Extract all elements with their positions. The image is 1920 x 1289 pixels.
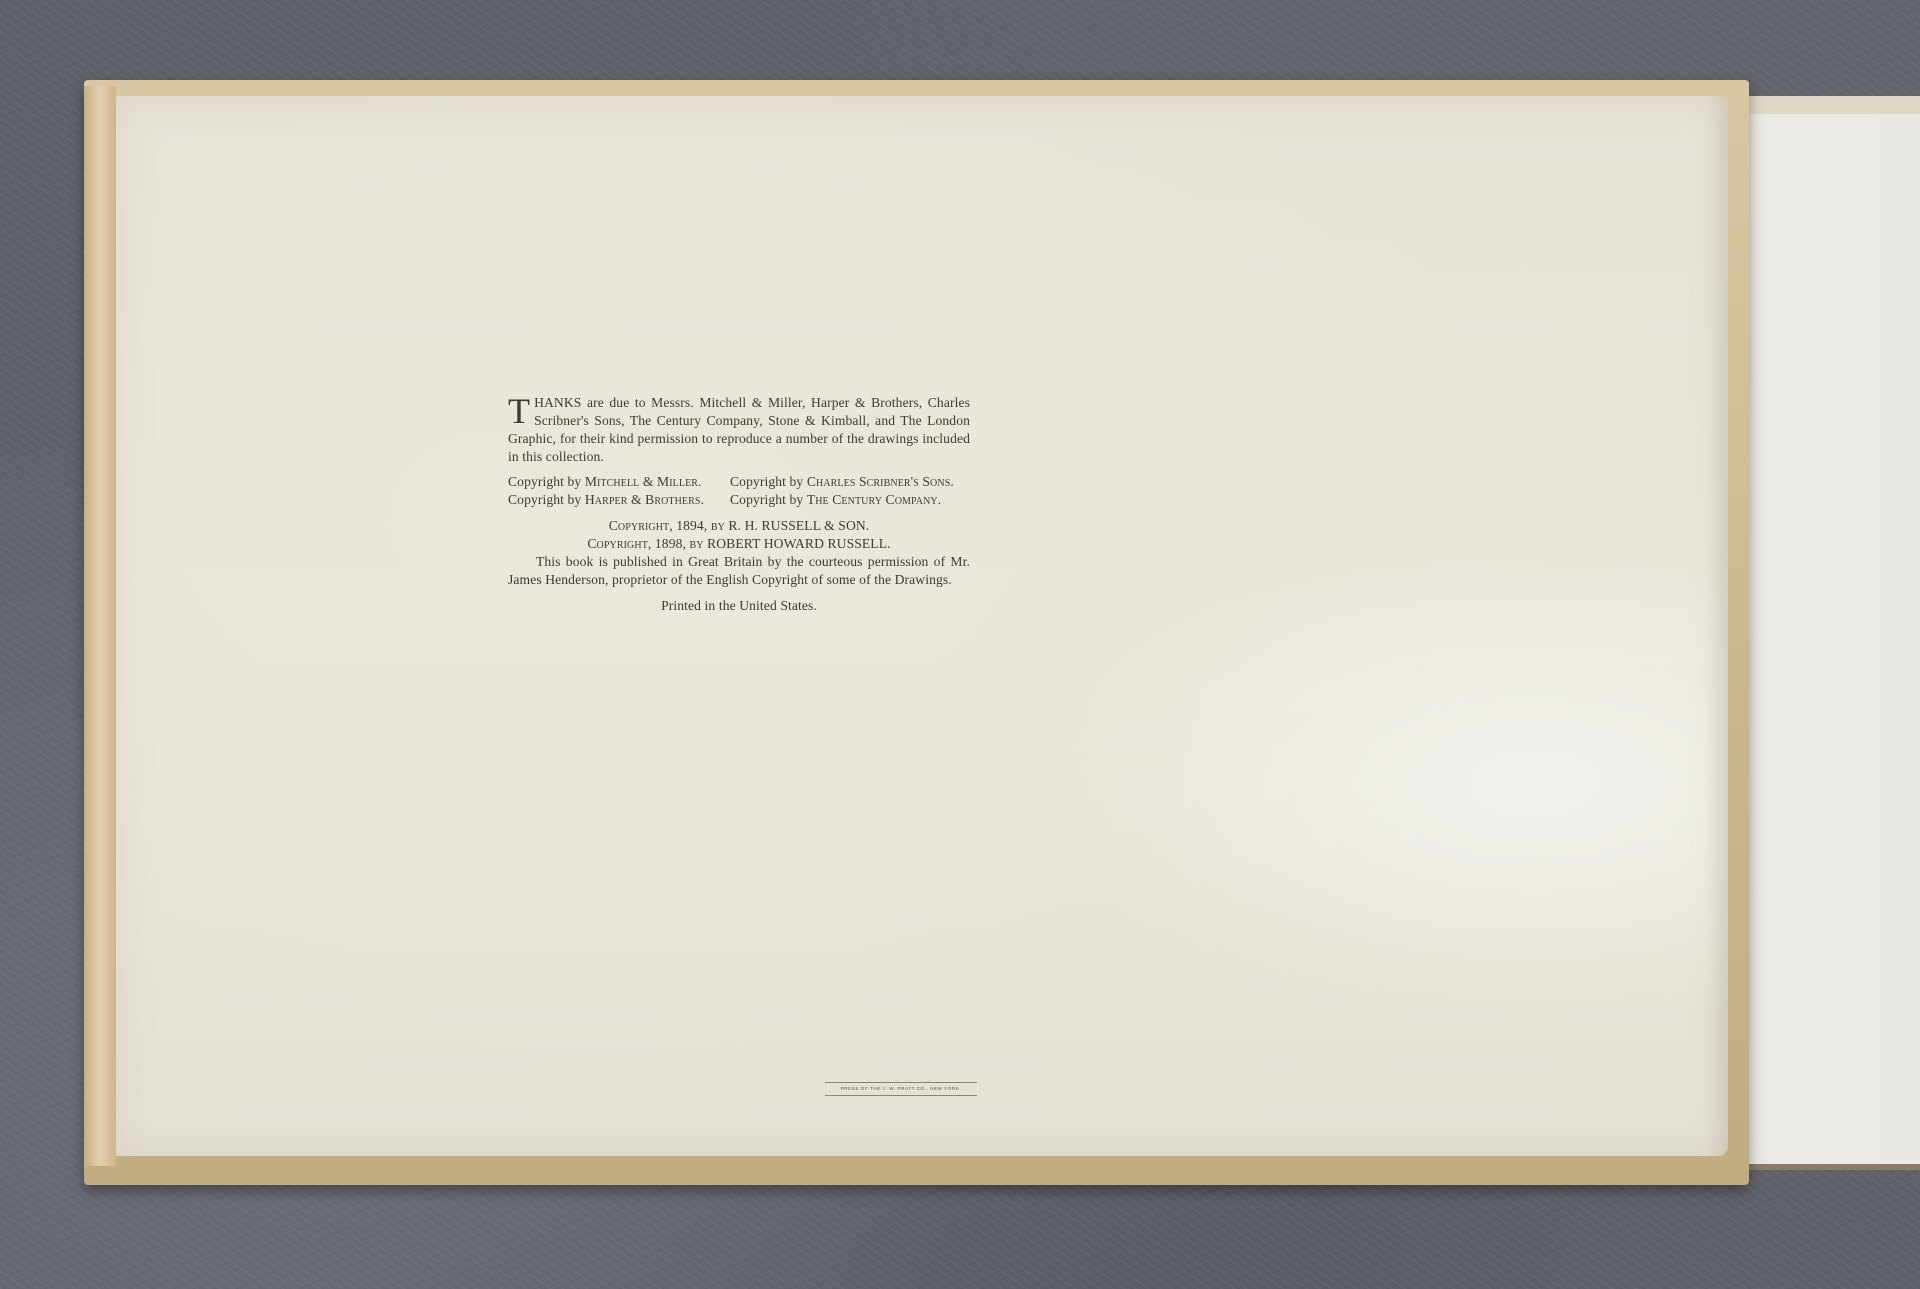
copyright-1898: Copyright, 1898, by ROBERT HOWARD RUSSEL… [508,535,970,553]
next-page-shadow [1720,1164,1920,1170]
credit-harper: Copyright by Harper & Brothers. [508,491,730,509]
credit-mitchell-miller: Copyright by Mitchell & Miller. [508,473,730,491]
printed-in-note: Printed in the United States. [508,597,970,615]
copyright-statements: Copyright, 1894, by R. H. RUSSELL & SON.… [508,517,970,553]
copyright-text-block: THANKS are due to Messrs. Mitchell & Mil… [508,394,970,615]
page-curl-shadow [1706,96,1728,1156]
acknowledgement-paragraph: THANKS are due to Messrs. Mitchell & Mil… [508,394,970,466]
acknowledgement-text: HANKS are due to Messrs. Mitchell & Mill… [508,395,970,464]
copyright-1894: Copyright, 1894, by R. H. RUSSELL & SON. [508,517,970,535]
credit-century: Copyright by The Century Company. [730,491,970,509]
book-spine-edge [84,86,116,1166]
copyright-credits: Copyright by Mitchell & Miller. Copyrigh… [508,473,970,509]
credit-scribners: Copyright by Charles Scribner's Sons. [730,473,970,491]
printer-imprint: Press of the J. W. Pratt Co., New York. [825,1082,977,1096]
publication-note: This book is published in Great Britain … [508,553,970,589]
next-page-edge [1720,96,1920,1168]
copyright-page [116,96,1728,1156]
drop-cap: T [508,396,530,426]
